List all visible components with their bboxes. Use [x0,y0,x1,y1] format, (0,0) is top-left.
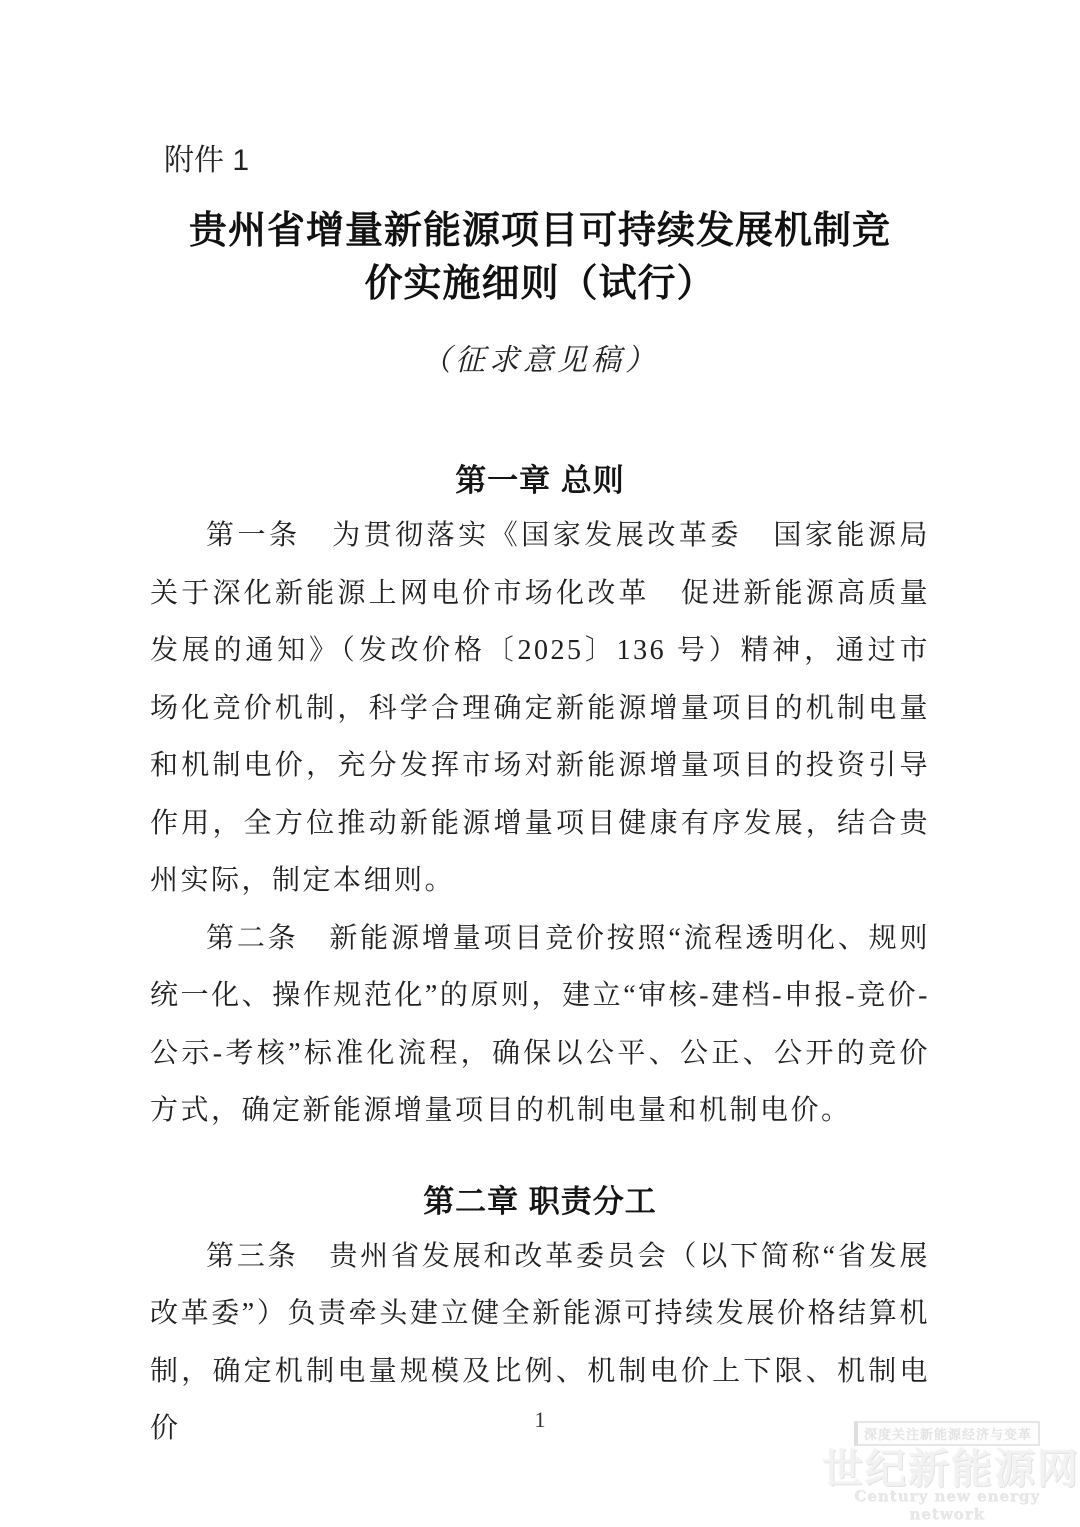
watermark-subtitle: Century new energy network [822,1487,1072,1523]
document-body: 附件 1 贵州省增量新能源项目可持续发展机制竞 价实施细则（试行） （征求意见稿… [0,0,1080,1458]
document-title: 贵州省增量新能源项目可持续发展机制竞 价实施细则（试行） [150,205,930,311]
chapter-1-paragraph-2: 第二条 新能源增量项目竞价按照“流程透明化、规则统一化、操作规范化”的原则，建立… [150,910,930,1140]
watermark: 深度关注新能源经济与变革 世纪新能源网 Century new energy n… [822,1421,1072,1523]
watermark-logo: 世纪新能源网 [822,1447,1072,1491]
watermark-tagline: 深度关注新能源经济与变革 [854,1421,1040,1446]
document-title-line-1: 贵州省增量新能源项目可持续发展机制竞 [150,205,930,258]
chapter-1-heading: 第一章 总则 [150,463,930,499]
document-title-line-2: 价实施细则（试行） [150,258,930,311]
document-page: { "document": { "attachment_label": "附件 … [0,0,1080,1527]
chapter-1-paragraph-1: 第一条 为贯彻落实《国家发展改革委 国家能源局关于深化新能源上网电价市场化改革 … [150,507,930,910]
attachment-label: 附件 1 [164,143,930,179]
document-subtitle: （征求意见稿） [150,341,930,381]
chapter-2-heading: 第二章 职责分工 [150,1184,930,1220]
